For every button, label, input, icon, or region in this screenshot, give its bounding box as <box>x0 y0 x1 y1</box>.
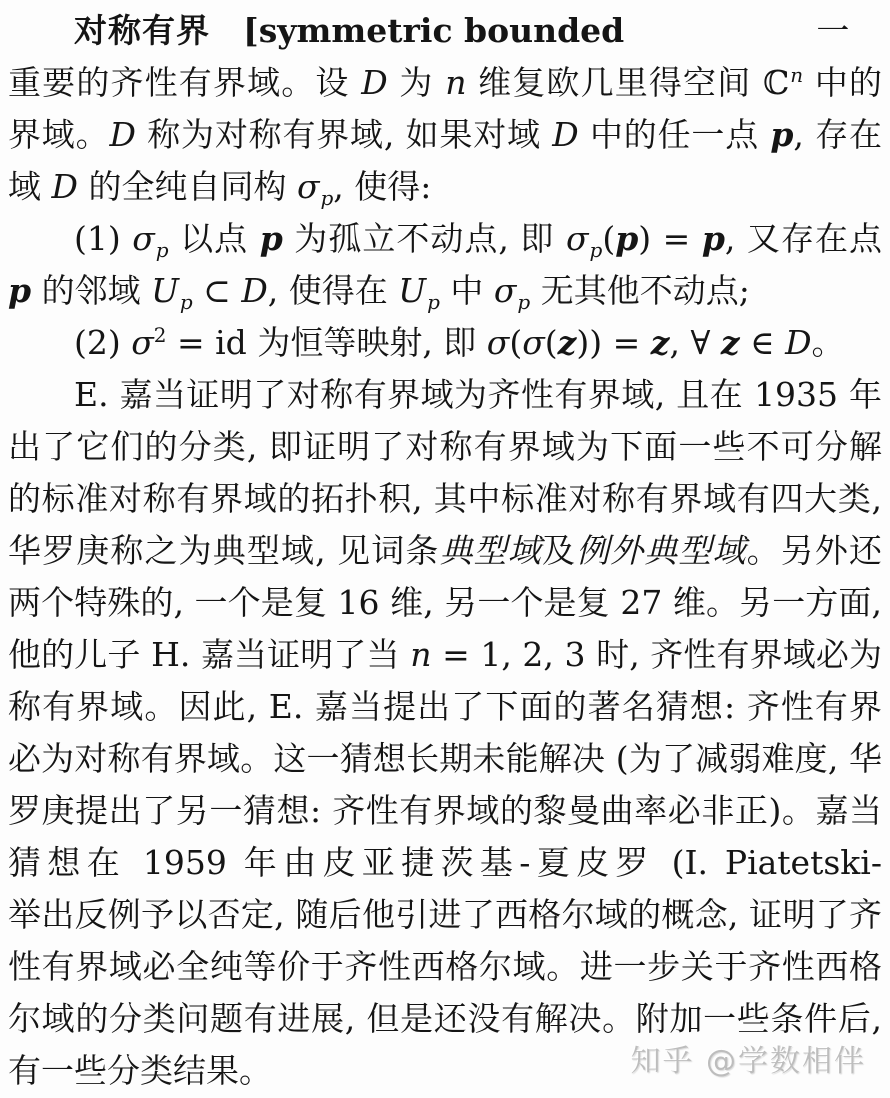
text-line: 他的儿子 H. 嘉当证明了当 n = 1, 2, 3 时, 齐性有界域必为对 <box>8 629 882 681</box>
text-run: 为恒等映射, 即 <box>257 323 486 362</box>
text-run: 必为对称有界域。这一猜想长期未能解决 (为了减弱难度, 华 <box>8 739 882 778</box>
text-line: 对称有界域 [symmetric bounded domain]一类 <box>8 5 882 57</box>
math-var: n <box>410 635 431 674</box>
term-english: [symmetric bounded domain] <box>243 5 786 57</box>
math-var: D <box>552 115 578 154</box>
math-subscript: p <box>320 186 333 210</box>
cross-reference-term: 典型域 <box>440 531 542 570</box>
text-run: 称为对称有界域, 如果对域 <box>136 115 552 154</box>
cross-reference-term: 例外典型域 <box>576 531 747 570</box>
text-run: 的标准对称有界域的拓扑积, 其中标准对称有界域有四大类, <box>8 479 882 518</box>
text-run: 称有界域。因此, <box>8 687 269 726</box>
text-run: 及 <box>542 531 576 570</box>
text-line: 举出反例予以否定, 随后他引进了西格尔域的概念, 证明了齐 <box>8 889 882 941</box>
zhihu-watermark: 知乎 @学数相伴 <box>630 1036 866 1080</box>
math-var: D <box>361 63 387 102</box>
text-run: , 又存在点 <box>725 219 882 258</box>
math-subscript: p <box>180 290 193 314</box>
latin-text: E. <box>269 687 315 726</box>
math-var: σ <box>522 323 545 362</box>
text-run: 为孤立不动点, 即 <box>283 219 566 258</box>
math-var: σ <box>487 323 510 362</box>
text-line: 界域。D 称为对称有界域, 如果对域 D 中的任一点 p, 存在 <box>8 109 882 161</box>
text-line: 称有界域。因此, E. 嘉当提出了下面的著名猜想: 齐性有界域 <box>8 681 882 733</box>
math-var: σ <box>297 167 320 206</box>
text-run: 年由皮亚捷茨基-夏皮罗 <box>227 843 672 882</box>
text-run: 他的儿子 <box>8 635 151 674</box>
text-line: E. 嘉当证明了对称有界域为齐性有界域, 且在 1935 年给 <box>8 369 882 421</box>
text-line: 两个特殊的, 一个是复 16 维, 另一个是复 27 维。另一方面, <box>8 577 882 629</box>
math-vector-var: p <box>260 219 283 258</box>
latin-text: ( <box>545 323 558 362</box>
math-var: D <box>785 323 811 362</box>
latin-text: 1935 <box>754 375 838 414</box>
text-run: 为 <box>388 63 445 102</box>
text-run: 尔域的分类问题有进展, 但是还没有解决。附加一些条件后, <box>8 999 882 1038</box>
text-line: 性有界域必全纯等价于齐性西格尔域。进一步关于齐性西格 <box>8 941 882 993</box>
text-run: 重要的齐性有界域。设 <box>8 63 361 102</box>
math-var: D <box>109 115 135 154</box>
text-run: 界域。 <box>8 115 109 154</box>
text-run: 的全纯自同构 <box>78 167 297 206</box>
text-run: 域 <box>8 167 52 206</box>
latin-text: ℂ <box>763 63 789 102</box>
text-line: (2) σ2 = id 为恒等映射, 即 σ(σ(z)) = z, ∀ z ∈ … <box>8 317 882 369</box>
math-var: D <box>241 271 267 310</box>
text-run: 维复欧几里得空间 <box>466 63 763 102</box>
math-var: σ <box>494 271 517 310</box>
math-superscript: 2 <box>154 323 167 347</box>
text-line: 华罗庚称之为典型域, 见词条典型域及例外典型域。另外还有 <box>8 525 882 577</box>
text-run: 举出反例予以否定, 随后他引进了西格尔域的概念, 证明了齐 <box>8 895 882 934</box>
math-var: U <box>151 271 179 310</box>
latin-text: ⊂ <box>193 271 242 310</box>
latin-text: )) = <box>576 323 650 362</box>
latin-text: 16 <box>338 583 380 622</box>
text-run: 有一些分类结果。 <box>8 1051 272 1090</box>
text-line: (1) σp 以点 p 为孤立不动点, 即 σp(p) = p, 又存在点 <box>8 213 882 265</box>
text-line: 猜想在 1959 年由皮亚捷茨基-夏皮罗 (I. Piatetski-Shapi… <box>8 837 882 889</box>
latin-text: ∈ <box>740 323 785 362</box>
math-var: U <box>398 271 426 310</box>
latin-text: (1) <box>74 219 132 258</box>
math-vector-var: p <box>8 271 31 310</box>
latin-text: 27 <box>620 583 662 622</box>
math-var: D <box>52 167 78 206</box>
latin-text: = 1, 2, 3 <box>431 635 596 674</box>
text-run: 猜想在 <box>8 843 143 882</box>
text-run: , 存在 <box>793 115 882 154</box>
math-var: σ <box>132 219 155 258</box>
math-superscript: n <box>790 63 803 87</box>
math-var: σ <box>566 219 589 258</box>
text-line: 出了它们的分类, 即证明了对称有界域为下面一些不可分解 <box>8 421 882 473</box>
math-var: n <box>445 63 466 102</box>
text-line: 罗庚提出了另一猜想: 齐性有界域的黎曼曲率必非正)。嘉当 <box>8 785 882 837</box>
text-run: 两个特殊的, 一个是复 <box>8 583 338 622</box>
math-var: σ <box>131 323 154 362</box>
text-line: 的标准对称有界域的拓扑积, 其中标准对称有界域有四大类, <box>8 473 882 525</box>
text-run: 。 <box>812 323 845 362</box>
math-subscript: p <box>427 290 440 314</box>
text-run: 一类 <box>816 5 882 57</box>
entry-text: 对称有界域 [symmetric bounded domain]一类重要的齐性有… <box>8 5 882 1097</box>
text-run: 中 <box>440 271 494 310</box>
latin-text: ( <box>509 323 522 362</box>
text-run: 性有界域必全纯等价于齐性西格尔域。进一步关于齐性西格 <box>8 947 882 986</box>
text-line: 域 D 的全纯自同构 σp, 使得: <box>8 161 882 213</box>
math-subscript: p <box>156 238 169 262</box>
headword: 对称有界域 <box>74 5 243 57</box>
document-page: 对称有界域 [symmetric bounded domain]一类重要的齐性有… <box>0 0 890 1098</box>
text-run: 华罗庚称之为典型域, 见词条 <box>8 531 440 570</box>
latin-text: (2) <box>74 323 131 362</box>
latin-text: E. <box>74 375 120 414</box>
text-line: 重要的齐性有界域。设 D 为 n 维复欧几里得空间 ℂn 中的有 <box>8 57 882 109</box>
text-run: 中的任一点 <box>579 115 771 154</box>
math-vector-var: p <box>702 219 725 258</box>
text-run: 出了它们的分类, 即证明了对称有界域为下面一些不可分解 <box>8 427 882 466</box>
text-run: 嘉当证明了对称有界域为齐性有界域, 且在 <box>120 375 755 414</box>
text-run: 维。另一方面, <box>662 583 882 622</box>
text-run: , 使得: <box>333 167 431 206</box>
latin-text: H. <box>151 635 201 674</box>
latin-text: = id <box>167 323 258 362</box>
math-vector-var: p <box>615 219 638 258</box>
text-run: , 使得在 <box>268 271 398 310</box>
text-run: , <box>670 323 691 362</box>
latin-text: ) = <box>638 219 702 258</box>
text-line: p 的邻域 Up ⊂ D, 使得在 Up 中 σp 无其他不动点; <box>8 265 882 317</box>
latin-text: 1959 <box>143 843 227 882</box>
text-line: 必为对称有界域。这一猜想长期未能解决 (为了减弱难度, 华 <box>8 733 882 785</box>
math-vector-var: z <box>651 323 670 362</box>
text-run: 无其他不动点; <box>530 271 750 310</box>
math-vector-var: z <box>558 323 577 362</box>
latin-text: ∀ <box>690 323 720 362</box>
math-vector-var: p <box>770 115 793 154</box>
text-run: 以点 <box>169 219 260 258</box>
math-subscript: p <box>517 290 530 314</box>
math-vector-var: z <box>721 323 740 362</box>
text-run: 的邻域 <box>31 271 151 310</box>
math-subscript: p <box>590 238 603 262</box>
text-run: 嘉当证明了当 <box>201 635 410 674</box>
text-run: 罗庚提出了另一猜想: 齐性有界域的黎曼曲率必非正)。嘉当 <box>8 791 882 830</box>
latin-text: ( <box>602 219 615 258</box>
text-run: 维, 另一个是复 <box>380 583 621 622</box>
